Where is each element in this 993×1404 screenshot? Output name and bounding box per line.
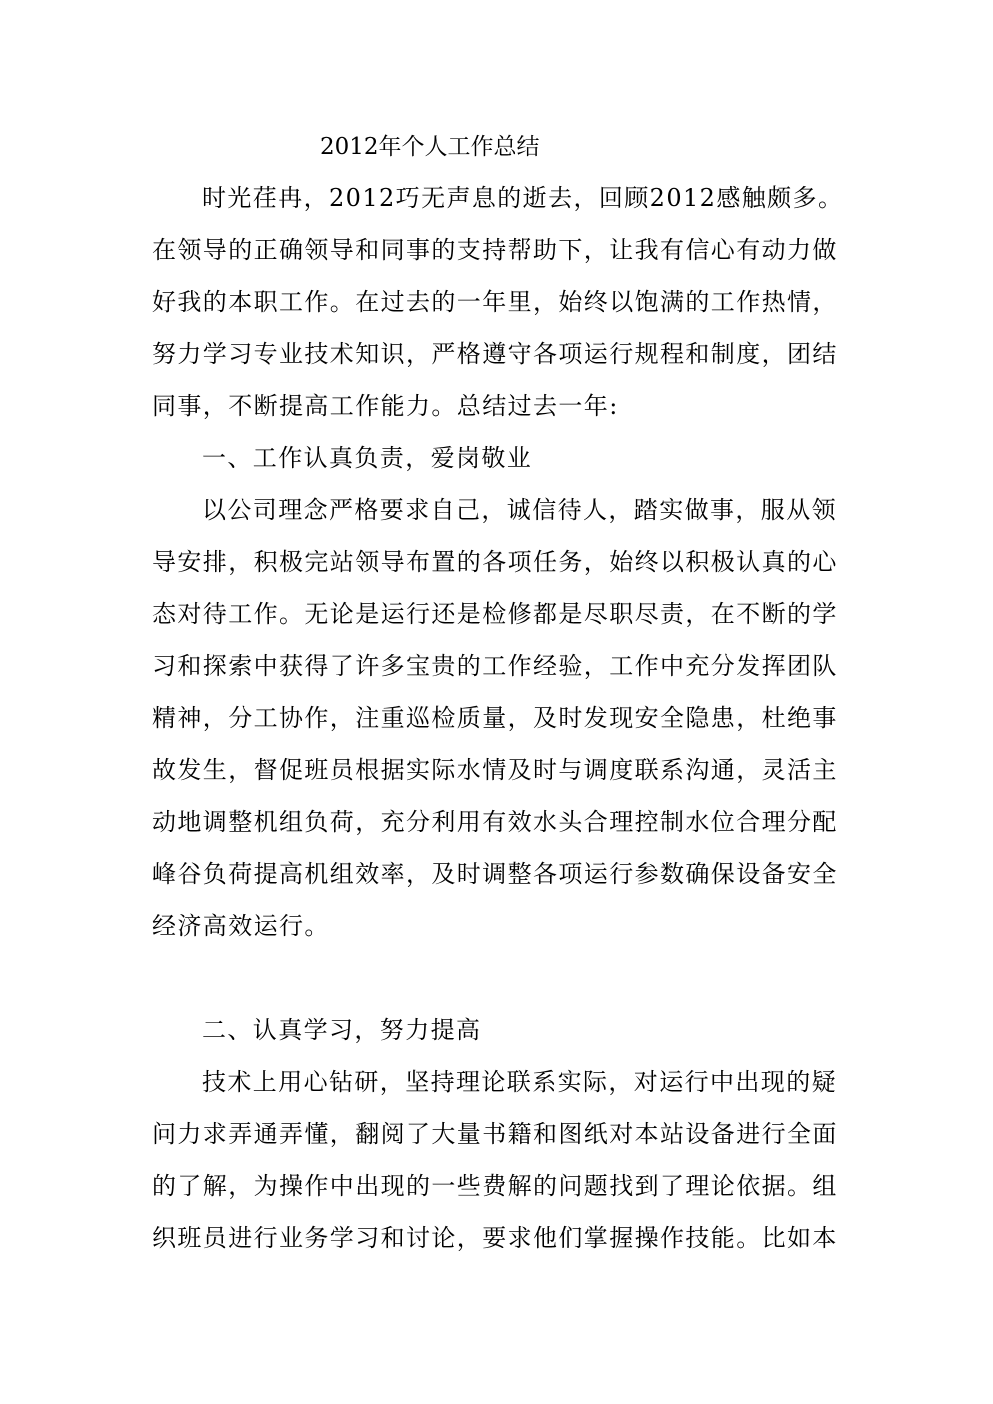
document-page: 2012年个人工作总结 时光荏冉，2012巧无声息的逝去，回顾2012感触颇多。… bbox=[0, 0, 993, 1404]
paragraph-line: 织班员进行业务学习和讨论，要求他们掌握操作技能。比如本 bbox=[152, 1223, 842, 1253]
paragraph-line: 时光荏冉，2012巧无声息的逝去，回顾2012感触颇多。 bbox=[202, 183, 892, 213]
paragraph-line: 努力学习专业技术知识，严格遵守各项运行规程和制度，团结 bbox=[152, 339, 842, 369]
paragraph-line: 以公司理念严格要求自己，诚信待人，踏实做事，服从领 bbox=[202, 495, 892, 525]
paragraph-line: 态对待工作。无论是运行还是检修都是尽职尽责，在不断的学 bbox=[152, 599, 842, 629]
paragraph-line: 问力求弄通弄懂，翻阅了大量书籍和图纸对本站设备进行全面 bbox=[152, 1119, 842, 1149]
paragraph-line: 动地调整机组负荷，充分利用有效水头合理控制水位合理分配 bbox=[152, 807, 842, 837]
paragraph-line: 在领导的正确领导和同事的支持帮助下，让我有信心有动力做 bbox=[152, 235, 842, 265]
document-title: 2012年个人工作总结 bbox=[320, 132, 540, 162]
paragraph-line: 同事，不断提高工作能力。总结过去一年: bbox=[152, 391, 842, 421]
paragraph-line: 故发生，督促班员根据实际水情及时与调度联系沟通，灵活主 bbox=[152, 755, 842, 785]
paragraph-line: 经济高效运行。 bbox=[152, 911, 842, 941]
section-heading-2: 二、认真学习，努力提高 bbox=[202, 1015, 892, 1045]
paragraph-line: 好我的本职工作。在过去的一年里，始终以饱满的工作热情， bbox=[152, 287, 842, 317]
paragraph-line: 峰谷负荷提高机组效率，及时调整各项运行参数确保设备安全 bbox=[152, 859, 842, 889]
paragraph-line: 精神，分工协作，注重巡检质量，及时发现安全隐患，杜绝事 bbox=[152, 703, 842, 733]
paragraph-line: 习和探索中获得了许多宝贵的工作经验，工作中充分发挥团队 bbox=[152, 651, 842, 681]
paragraph-line: 导安排，积极完站领导布置的各项任务，始终以积极认真的心 bbox=[152, 547, 842, 577]
paragraph-line: 的了解，为操作中出现的一些费解的问题找到了理论依据。组 bbox=[152, 1171, 842, 1201]
section-heading-1: 一、工作认真负责，爱岗敬业 bbox=[202, 443, 892, 473]
paragraph-line: 技术上用心钻研，坚持理论联系实际，对运行中出现的疑 bbox=[202, 1067, 892, 1097]
